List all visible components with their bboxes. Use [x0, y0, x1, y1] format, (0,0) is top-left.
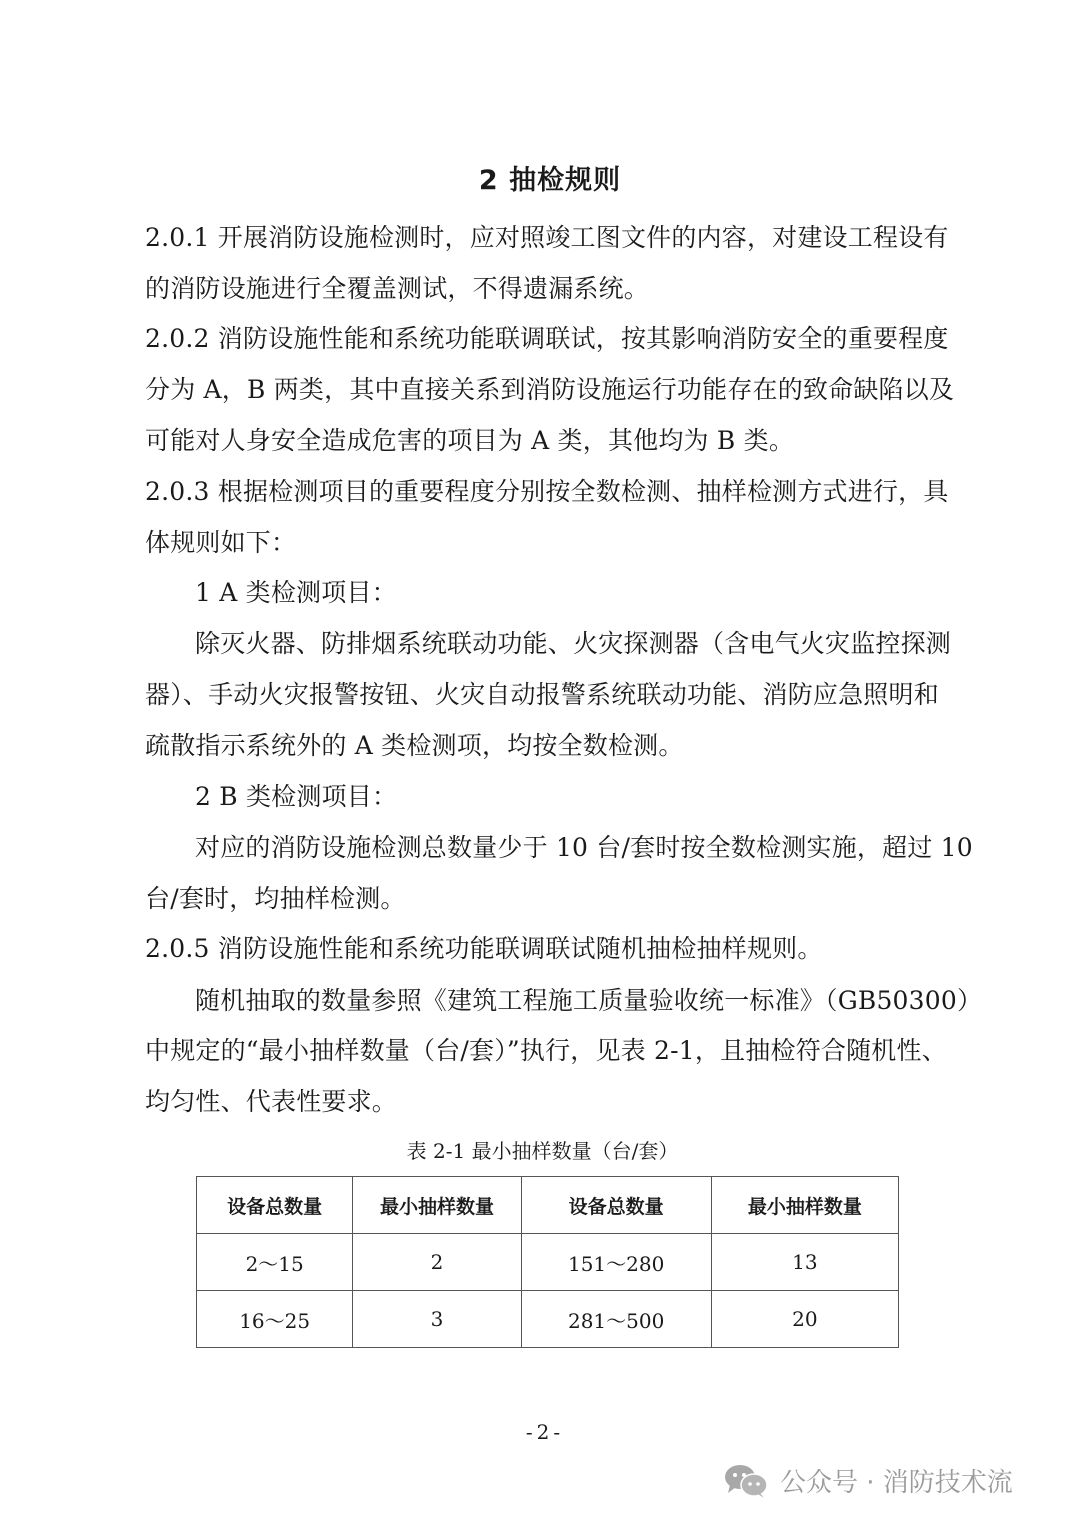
- sampling-table: 设备总数量 最小抽样数量 设备总数量 最小抽样数量 2～15 2 151～280…: [196, 1176, 899, 1348]
- item-a-heading: 1 A 类检测项目：: [195, 578, 1005, 608]
- clause-2-0-1-line-1: 2.0.1 开展消防设施检测时，应对照竣工图文件的内容，对建设工程设有: [145, 223, 955, 253]
- table-cell: 281～500: [521, 1291, 711, 1348]
- header-total-qty: 设备总数量: [521, 1177, 711, 1234]
- table-cell: 16～25: [197, 1291, 353, 1348]
- table-cell: 13: [711, 1234, 898, 1291]
- header-min-sample: 最小抽样数量: [711, 1177, 898, 1234]
- header-min-sample: 最小抽样数量: [353, 1177, 521, 1234]
- watermark-text: 公众号 · 消防技术流: [780, 1462, 1013, 1499]
- table-cell: 20: [711, 1291, 898, 1348]
- header-total-qty: 设备总数量: [197, 1177, 353, 1234]
- clause-2-0-5-line-4: 均匀性、代表性要求。: [145, 1087, 955, 1117]
- section-title: 2 抽检规则: [0, 158, 1080, 197]
- table-row: 16～25 3 281～500 20: [197, 1291, 899, 1348]
- clause-2-0-3-line-2: 体规则如下：: [145, 528, 955, 558]
- item-b-heading: 2 B 类检测项目：: [195, 782, 1005, 812]
- item-b-line-2: 台/套时，均抽样检测。: [145, 884, 955, 914]
- table-cell: 151～280: [521, 1234, 711, 1291]
- table-header-row: 设备总数量 最小抽样数量 设备总数量 最小抽样数量: [197, 1177, 899, 1234]
- table-cell: 2: [353, 1234, 521, 1291]
- clause-2-0-5-line-3: 中规定的“最小抽样数量（台/套）”执行，见表 2-1，且抽检符合随机性、: [145, 1036, 955, 1066]
- clause-2-0-3-line-1: 2.0.3 根据检测项目的重要程度分别按全数检测、抽样检测方式进行，具: [145, 477, 955, 507]
- page-number: -2-: [0, 1420, 1080, 1444]
- table-row: 2～15 2 151～280 13: [197, 1234, 899, 1291]
- watermark: 公众号 · 消防技术流: [722, 1462, 1013, 1499]
- clause-2-0-2-line-1: 2.0.2 消防设施性能和系统功能联调联试，按其影响消防安全的重要程度: [145, 324, 955, 354]
- item-b-line-1: 对应的消防设施检测总数量少于 10 台/套时按全数检测实施，超过 10: [195, 833, 1005, 863]
- clause-2-0-5-line-1: 2.0.5 消防设施性能和系统功能联调联试随机抽检抽样规则。: [145, 934, 955, 964]
- table-cell: 3: [353, 1291, 521, 1348]
- clause-2-0-1-line-2: 的消防设施进行全覆盖测试，不得遗漏系统。: [145, 274, 955, 304]
- table-cell: 2～15: [197, 1234, 353, 1291]
- clause-2-0-5-line-2: 随机抽取的数量参照《建筑工程施工质量验收统一标准》（GB50300）: [195, 986, 1005, 1016]
- clause-2-0-2-line-3: 可能对人身安全造成危害的项目为 A 类，其他均为 B 类。: [145, 426, 955, 456]
- wechat-icon: [722, 1463, 770, 1499]
- item-a-line-3: 疏散指示系统外的 A 类检测项，均按全数检测。: [145, 731, 955, 761]
- item-a-line-1: 除灭火器、防排烟系统联动功能、火灾探测器（含电气火灾监控探测: [195, 629, 1005, 659]
- item-a-line-2: 器）、手动火灾报警按钮、火灾自动报警系统联动功能、消防应急照明和: [145, 680, 955, 710]
- clause-2-0-2-line-2: 分为 A，B 两类，其中直接关系到消防设施运行功能存在的致命缺陷以及: [145, 375, 955, 405]
- table-caption: 表 2-1 最小抽样数量（台/套）: [0, 1135, 1080, 1164]
